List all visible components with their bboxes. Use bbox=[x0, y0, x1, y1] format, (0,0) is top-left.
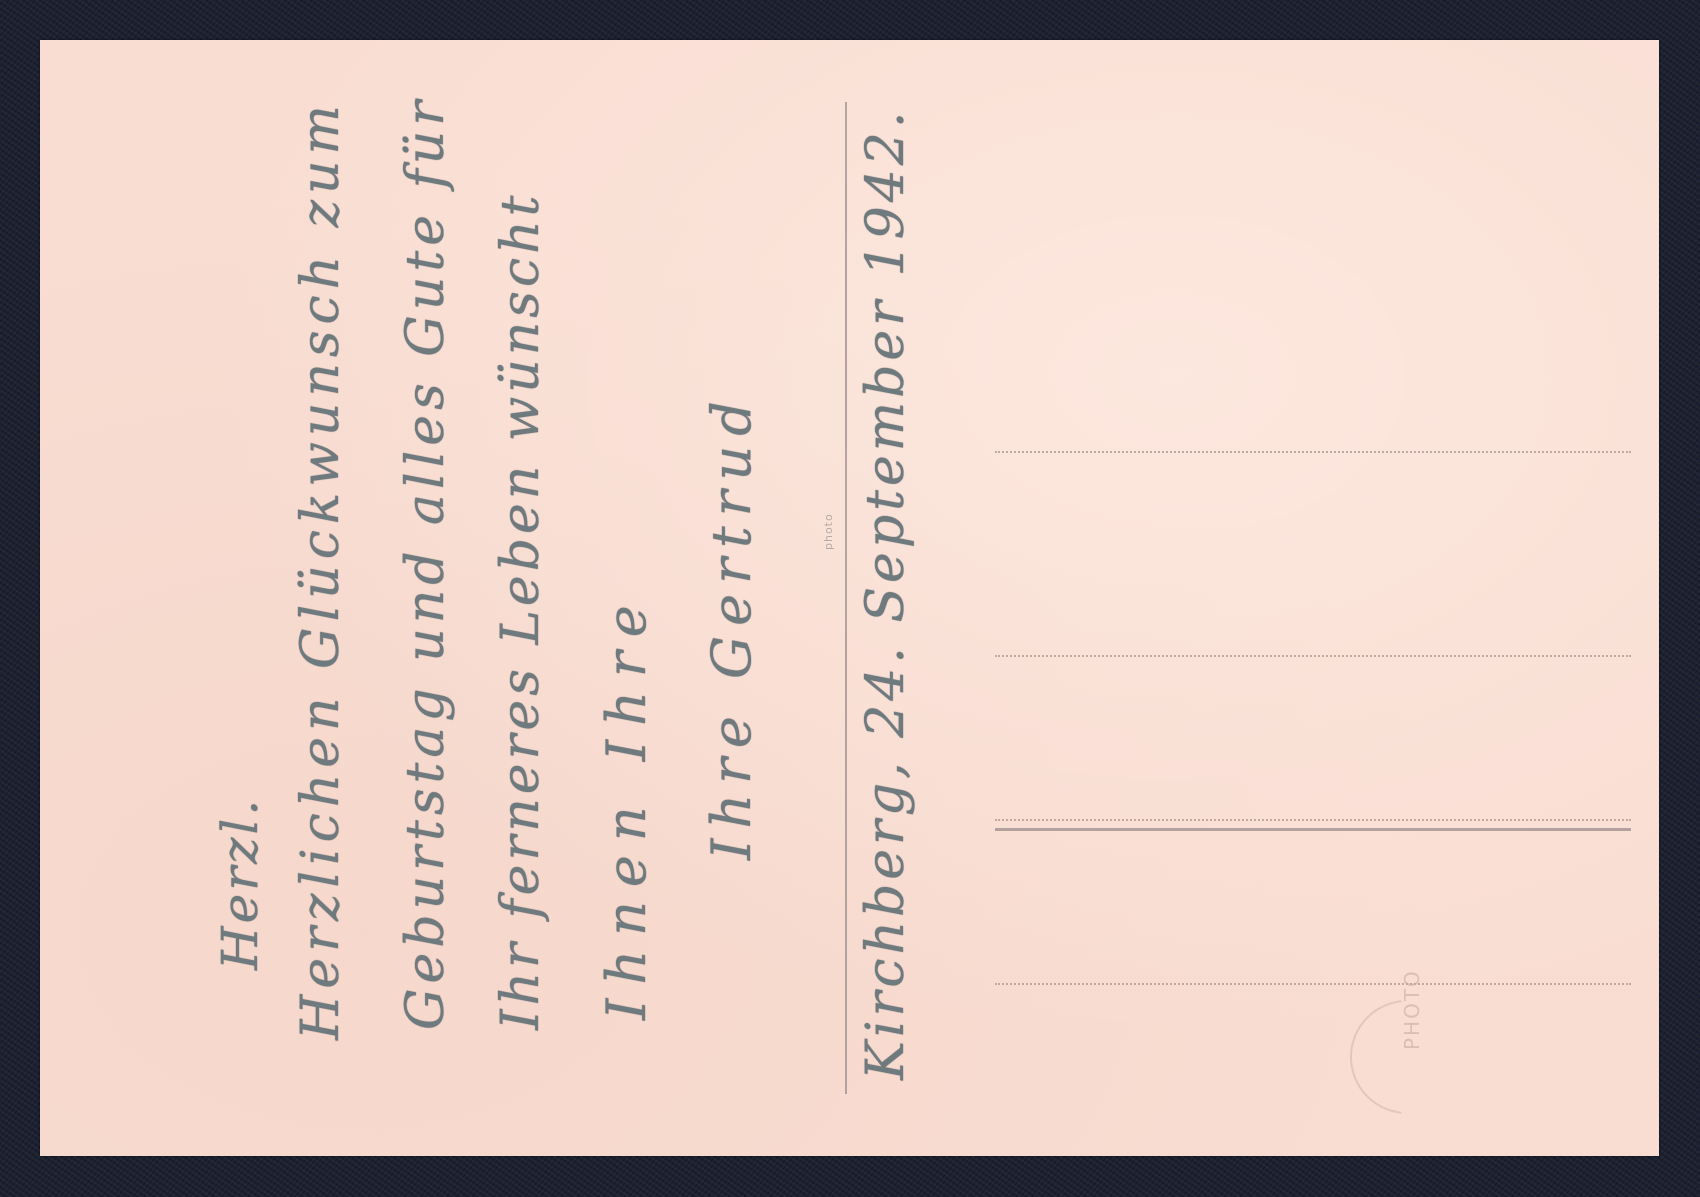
handwriting-line-2: Herzlichen Glückwunsch zum bbox=[295, 99, 347, 1040]
address-rule bbox=[995, 828, 1631, 831]
address-line-4 bbox=[995, 983, 1631, 985]
handwriting-line-6: Ihre Gertrud bbox=[705, 391, 759, 860]
handwriting-date-line: Kirchberg, 24. September 1942. bbox=[860, 108, 912, 1080]
handwriting-line-3: Geburtstag und alles Gute für bbox=[400, 96, 452, 1030]
postcard: Herzl. Herzlichen Glückwunsch zum Geburt… bbox=[40, 40, 1659, 1156]
emboss-mark: PHOTO bbox=[1400, 969, 1424, 1050]
handwriting-line-4: Ihr ferneres Leben wünscht bbox=[495, 192, 547, 1030]
address-line-3 bbox=[995, 819, 1631, 821]
address-line-1 bbox=[995, 451, 1631, 453]
center-divider bbox=[845, 102, 847, 1094]
handwriting-line-5: Ihnen Ihre bbox=[600, 591, 654, 1020]
handwriting-line-1: Herzl. bbox=[215, 797, 265, 970]
address-line-2 bbox=[995, 655, 1631, 657]
photo-mark: photo bbox=[822, 513, 835, 550]
